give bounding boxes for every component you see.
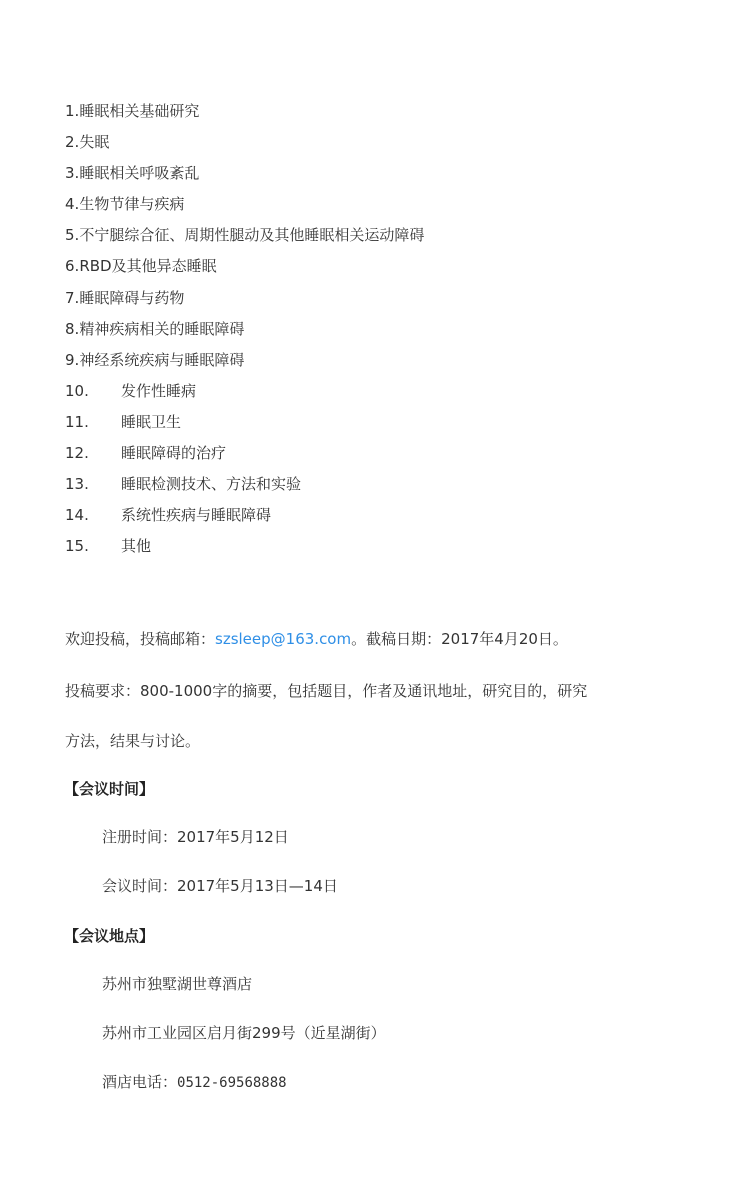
registration-time: 注册时间：2017年5月12日 — [102, 826, 289, 847]
meeting-time-heading: 【会议时间】 — [64, 778, 154, 799]
submission-requirements-line2: 方法，结果与讨论。 — [65, 730, 200, 751]
topic-number: 9. — [65, 351, 79, 369]
topic-label: 发作性睡病 — [121, 382, 196, 400]
topic-item: 11.睡眠卫生 — [65, 407, 424, 438]
topic-number: 6. — [65, 257, 79, 275]
topic-label: 睡眠相关呼吸紊乱 — [79, 164, 199, 182]
submission-deadline: 。截稿日期：2017年4月20日。 — [351, 630, 568, 648]
hotel-phone-label: 酒店电话： — [102, 1073, 177, 1091]
topic-item: 14.系统性疾病与睡眠障碍 — [65, 500, 424, 531]
topic-item: 4.生物节律与疾病 — [65, 189, 424, 220]
topic-label: 睡眠检测技术、方法和实验 — [121, 475, 301, 493]
topic-number: 1. — [65, 102, 79, 120]
topic-number: 12. — [65, 438, 121, 469]
topic-label: 不宁腿综合征、周期性腿动及其他睡眠相关运动障碍 — [79, 226, 424, 244]
topic-number: 4. — [65, 195, 79, 213]
topic-number: 8. — [65, 320, 79, 338]
hotel-phone-number: 0512-69568888 — [177, 1075, 287, 1091]
topic-number: 3. — [65, 164, 79, 182]
hotel-phone: 酒店电话：0512-69568888 — [102, 1071, 287, 1092]
topic-item: 3.睡眠相关呼吸紊乱 — [65, 158, 424, 189]
topic-item: 15.其他 — [65, 531, 424, 562]
topic-number: 11. — [65, 407, 121, 438]
topic-label: 睡眠相关基础研究 — [79, 102, 199, 120]
topic-item: 7.睡眠障碍与药物 — [65, 283, 424, 314]
topic-label: 神经系统疾病与睡眠障碍 — [79, 351, 244, 369]
topic-list: 1.睡眠相关基础研究 2.失眠 3.睡眠相关呼吸紊乱 4.生物节律与疾病 5.不… — [65, 96, 424, 562]
topic-number: 13. — [65, 469, 121, 500]
topic-number: 15. — [65, 531, 121, 562]
hotel-address: 苏州市工业园区启月街299号（近星湖街） — [102, 1022, 386, 1043]
submission-email-link[interactable]: szsleep@163.com — [215, 630, 351, 648]
topic-item: 9.神经系统疾病与睡眠障碍 — [65, 345, 424, 376]
topic-label: 生物节律与疾病 — [79, 195, 184, 213]
topic-number: 14. — [65, 500, 121, 531]
topic-label: 系统性疾病与睡眠障碍 — [121, 506, 271, 524]
topic-item: 10.发作性睡病 — [65, 376, 424, 407]
topic-item: 13.睡眠检测技术、方法和实验 — [65, 469, 424, 500]
topic-item: 12.睡眠障碍的治疗 — [65, 438, 424, 469]
topic-number: 10. — [65, 376, 121, 407]
conference-time: 会议时间：2017年5月13日—14日 — [102, 875, 338, 896]
topic-item: 5.不宁腿综合征、周期性腿动及其他睡眠相关运动障碍 — [65, 220, 424, 251]
topic-label: 睡眠卫生 — [121, 413, 181, 431]
topic-label: 睡眠障碍与药物 — [79, 289, 184, 307]
topic-label: 精神疾病相关的睡眠障碍 — [79, 320, 244, 338]
submission-intro: 欢迎投稿，投稿邮箱：szsleep@163.com。截稿日期：2017年4月20… — [65, 628, 568, 649]
topic-label: RBD及其他异态睡眠 — [79, 257, 216, 275]
topic-item: 6.RBD及其他异态睡眠 — [65, 251, 424, 282]
topic-item: 1.睡眠相关基础研究 — [65, 96, 424, 127]
topic-number: 5. — [65, 226, 79, 244]
submission-requirements-line1: 投稿要求：800-1000字的摘要，包括题目，作者及通讯地址，研究目的，研究 — [65, 680, 587, 701]
topic-number: 7. — [65, 289, 79, 307]
topic-label: 其他 — [121, 537, 151, 555]
topic-item: 8.精神疾病相关的睡眠障碍 — [65, 314, 424, 345]
topic-label: 睡眠障碍的治疗 — [121, 444, 226, 462]
meeting-place-heading: 【会议地点】 — [64, 925, 154, 946]
topic-item: 2.失眠 — [65, 127, 424, 158]
topic-label: 失眠 — [79, 133, 109, 151]
hotel-name: 苏州市独墅湖世尊酒店 — [102, 973, 252, 994]
topic-number: 2. — [65, 133, 79, 151]
submission-intro-text: 欢迎投稿，投稿邮箱： — [65, 630, 215, 648]
